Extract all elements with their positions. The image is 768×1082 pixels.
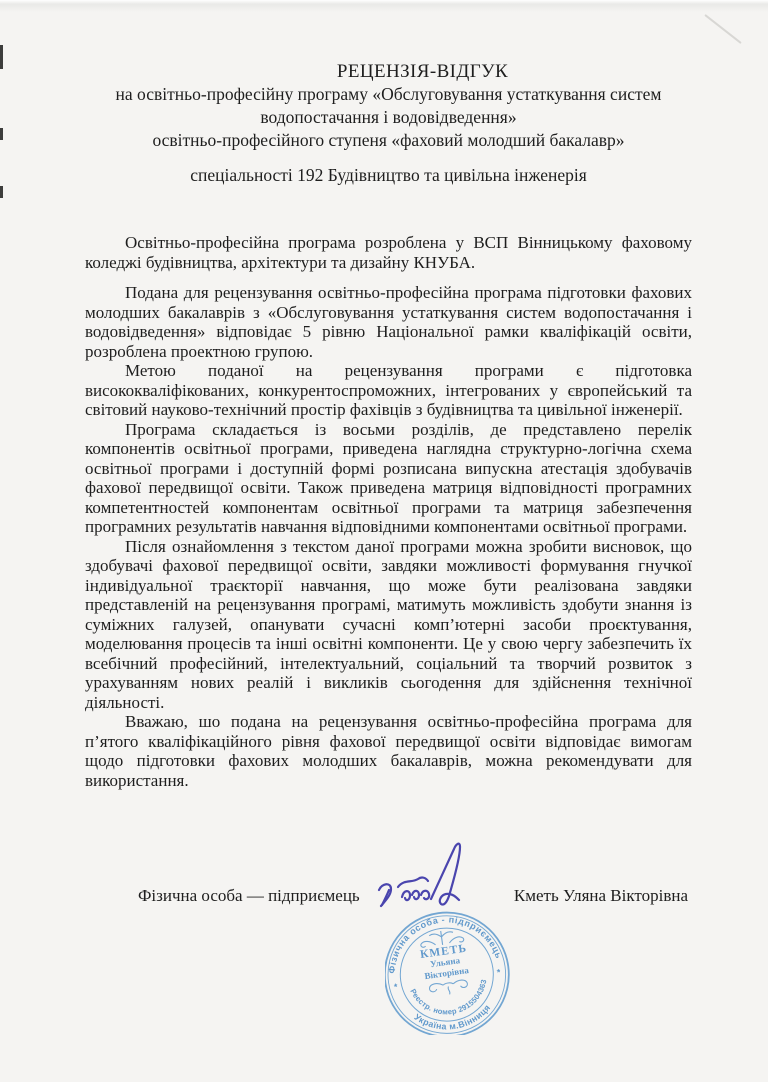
signatory-name: Кметь Уляна Вікторівна: [514, 886, 688, 906]
paragraph: Після ознайомлення з текстом даної прогр…: [85, 537, 692, 713]
scan-edge-artifact: [0, 128, 3, 140]
stamp-bottom-ornament: [429, 979, 469, 997]
document-body: Освітньо-професійна програма розроблена …: [85, 233, 692, 790]
header-subtitle-line: водопостачання і водовідведення»: [85, 106, 692, 129]
stamp-left-separator: *: [393, 982, 398, 992]
paragraph: Вважаю, шо подана на рецензування освітн…: [85, 712, 692, 790]
stamp-right-separator: *: [496, 967, 501, 977]
scan-edge-shadow: [0, 0, 768, 12]
paper-crease: [704, 14, 741, 44]
paragraph: Метою поданої на рецензування програми є…: [85, 361, 692, 420]
paragraph: Подана для рецензування освітньо-професі…: [85, 283, 692, 361]
header-specialty-line: спеціальності 192 Будівництво та цивільн…: [85, 164, 692, 187]
signatory-role-label: Фізична особа — підприємець: [138, 886, 360, 906]
scanned-review-document: РЕЦЕНЗІЯ-ВІДГУК на освітньо-професійну п…: [0, 0, 768, 1082]
scan-edge-artifact: [0, 45, 3, 69]
document-header: РЕЦЕНЗІЯ-ВІДГУК на освітньо-професійну п…: [85, 60, 692, 187]
handwritten-signature: [368, 834, 486, 925]
document-content: РЕЦЕНЗІЯ-ВІДГУК на освітньо-професійну п…: [85, 60, 692, 790]
paragraph: Програма складається із восьми розділів,…: [85, 420, 692, 537]
paragraph: Освітньо-професійна програма розроблена …: [85, 233, 692, 272]
signature-ink-strokes: [379, 844, 460, 906]
header-subtitle-line: освітньо-професійного ступеня «фаховий м…: [85, 129, 692, 152]
document-title: РЕЦЕНЗІЯ-ВІДГУК: [119, 60, 726, 83]
scan-edge-artifact: [0, 186, 3, 198]
header-subtitle-line: на освітньо-професійну програму «Обслуго…: [85, 83, 692, 106]
